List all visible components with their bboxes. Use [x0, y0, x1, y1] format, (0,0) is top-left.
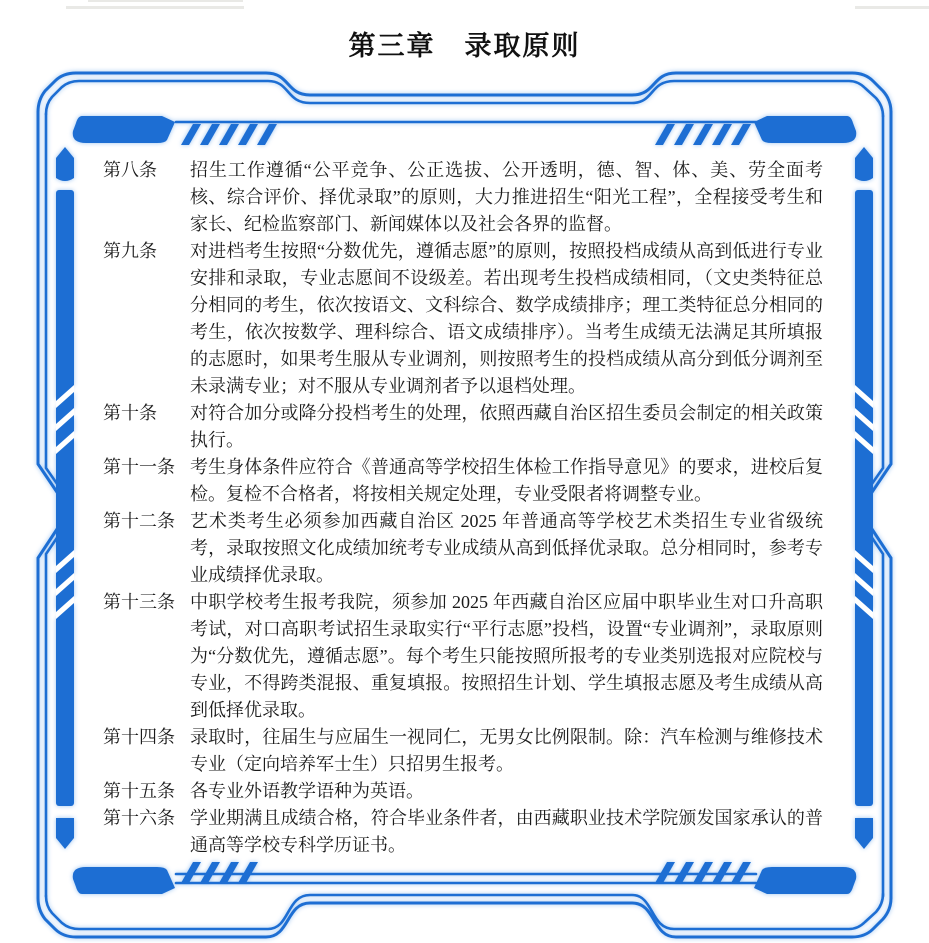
article-body: 招生工作遵循“公平竞争、公正选拔、公开透明，德、智、体、美、劳全面考核、综合评价… [190, 160, 823, 234]
article-row: 第十五条 各专业外语教学语种为英语。 [103, 778, 823, 805]
article-label: 第十五条 [103, 778, 175, 805]
article-body: 中职学校考生报考我院，须参加 2025 年西藏自治区应届中职毕业生对口升高职考试… [190, 592, 823, 720]
article-row: 第十条 对符合加分或降分投档考生的处理，依照西藏自治区招生委员会制定的相关政策执… [103, 400, 823, 454]
article-row: 第十四条 录取时，往届生与应届生一视同仁，无男女比例限制。除：汽车检测与维修技术… [103, 724, 823, 778]
article-label: 第十四条 [103, 724, 175, 751]
article-body: 艺术类考生必须参加西藏自治区 2025 年普通高等学校艺术类招生专业省级统考，录… [190, 511, 823, 585]
article-row: 第十二条 艺术类考生必须参加西藏自治区 2025 年普通高等学校艺术类招生专业省… [103, 508, 823, 589]
article-label: 第九条 [103, 238, 157, 265]
article-body: 学业期满且成绩合格，符合毕业条件者，由西藏职业技术学院颁发国家承认的普通高等学校… [190, 808, 823, 855]
article-body: 各专业外语教学语种为英语。 [190, 781, 424, 801]
article-label: 第十一条 [103, 454, 175, 481]
article-body: 考生身体条件应符合《普通高等学校招生体检工作指导意见》的要求，进校后复检。复检不… [190, 457, 823, 504]
article-list: 第八条 招生工作遵循“公平竞争、公正选拔、公开透明，德、智、体、美、劳全面考核、… [103, 157, 823, 859]
article-body: 对符合加分或降分投档考生的处理，依照西藏自治区招生委员会制定的相关政策执行。 [190, 403, 823, 450]
article-body: 录取时，往届生与应届生一视同仁，无男女比例限制。除：汽车检测与维修技术专业（定向… [190, 727, 823, 774]
article-label: 第十二条 [103, 508, 175, 535]
article-label: 第十三条 [103, 589, 175, 616]
article-row: 第十一条 考生身体条件应符合《普通高等学校招生体检工作指导意见》的要求，进校后复… [103, 454, 823, 508]
article-row: 第十六条 学业期满且成绩合格，符合毕业条件者，由西藏职业技术学院颁发国家承认的普… [103, 805, 823, 859]
article-label: 第八条 [103, 157, 157, 184]
document-page: 第三章 录取原则 [0, 0, 929, 943]
article-label: 第十六条 [103, 805, 175, 832]
article-label: 第十条 [103, 400, 157, 427]
article-row: 第十三条 中职学校考生报考我院，须参加 2025 年西藏自治区应届中职毕业生对口… [103, 589, 823, 724]
top-edge-fragments [0, 0, 929, 12]
article-row: 第八条 招生工作遵循“公平竞争、公正选拔、公开透明，德、智、体、美、劳全面考核、… [103, 157, 823, 238]
article-row: 第九条 对进档考生按照“分数优先，遵循志愿”的原则，按照投档成绩从高到低进行专业… [103, 238, 823, 400]
article-body: 对进档考生按照“分数优先，遵循志愿”的原则，按照投档成绩从高到低进行专业安排和录… [190, 241, 823, 396]
page-title: 第三章 录取原则 [0, 24, 929, 63]
